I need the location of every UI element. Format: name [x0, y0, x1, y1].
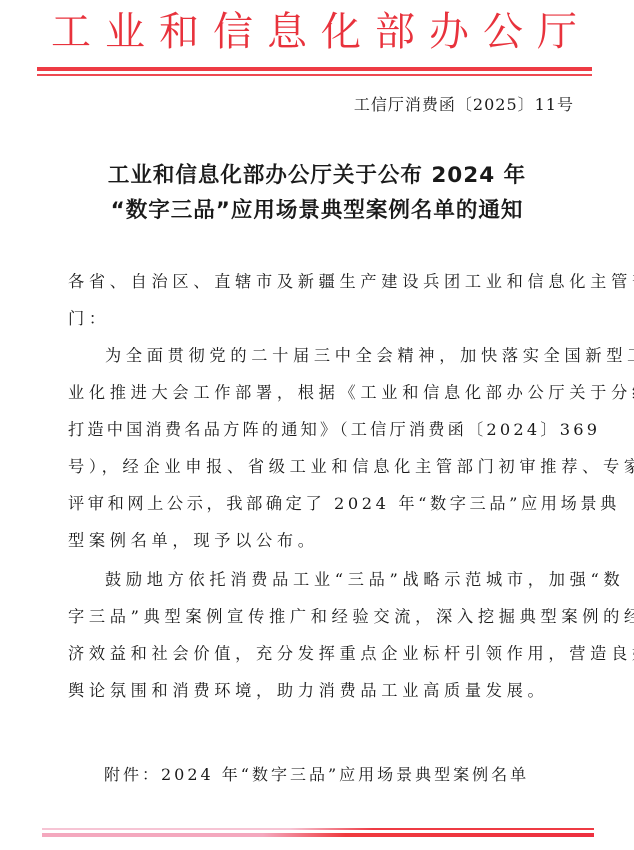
paragraph-line: 济效益和社会价值，充分发挥重点企业标杆引领作用，营造良好 [68, 644, 634, 664]
masthead: 工业和信息化部办公厅 [0, 6, 634, 58]
paragraph-line: 舆论氛围和消费环境，助力消费品工业高质量发展。 [68, 681, 548, 701]
addressee-line: 各省、自治区、直辖市及新疆生产建设兵团工业和信息化主管部 [68, 272, 634, 292]
header-rule-thick [37, 67, 592, 71]
paragraph-line: 业化推进大会工作部署，根据《工业和信息化部办公厅关于分级 [68, 383, 634, 403]
attachment-note: 附件：2024 年“数字三品”应用场景典型案例名单 [104, 762, 529, 785]
paragraph-line: 型案例名单，现予以公布。 [68, 531, 319, 551]
paragraph-line: 评审和网上公示，我部确定了 2024 年“数字三品”应用场景典 [68, 494, 620, 514]
title-line-2: “数字三品”应用场景典型案例名单的通知 [0, 193, 634, 224]
addressee-line: 门： [68, 309, 110, 329]
paragraph-line: 为全面贯彻党的二十届三中全会精神，加快落实全国新型工 [105, 346, 634, 366]
header-rule-thin [37, 74, 592, 76]
title-line-1: 工业和信息化部办公厅关于公布 2024 年 [0, 158, 634, 189]
paragraph-line: 号），经企业申报、省级工业和信息化主管部门初审推荐、专家 [68, 457, 634, 477]
paragraph-line: 打造中国消费名品方阵的通知》（工信厅消费函〔2024〕369 [68, 420, 600, 440]
paragraph-line: 鼓励地方依托消费品工业“三品”战略示范城市，加强“数 [105, 570, 624, 590]
footer-rule-thin [42, 828, 594, 830]
document-number: 工信厅消费函〔2025〕11号 [354, 92, 574, 115]
footer-rule-thick [42, 833, 594, 837]
paragraph-line: 字三品”典型案例宣传推广和经验交流，深入挖掘典型案例的经 [68, 607, 634, 627]
